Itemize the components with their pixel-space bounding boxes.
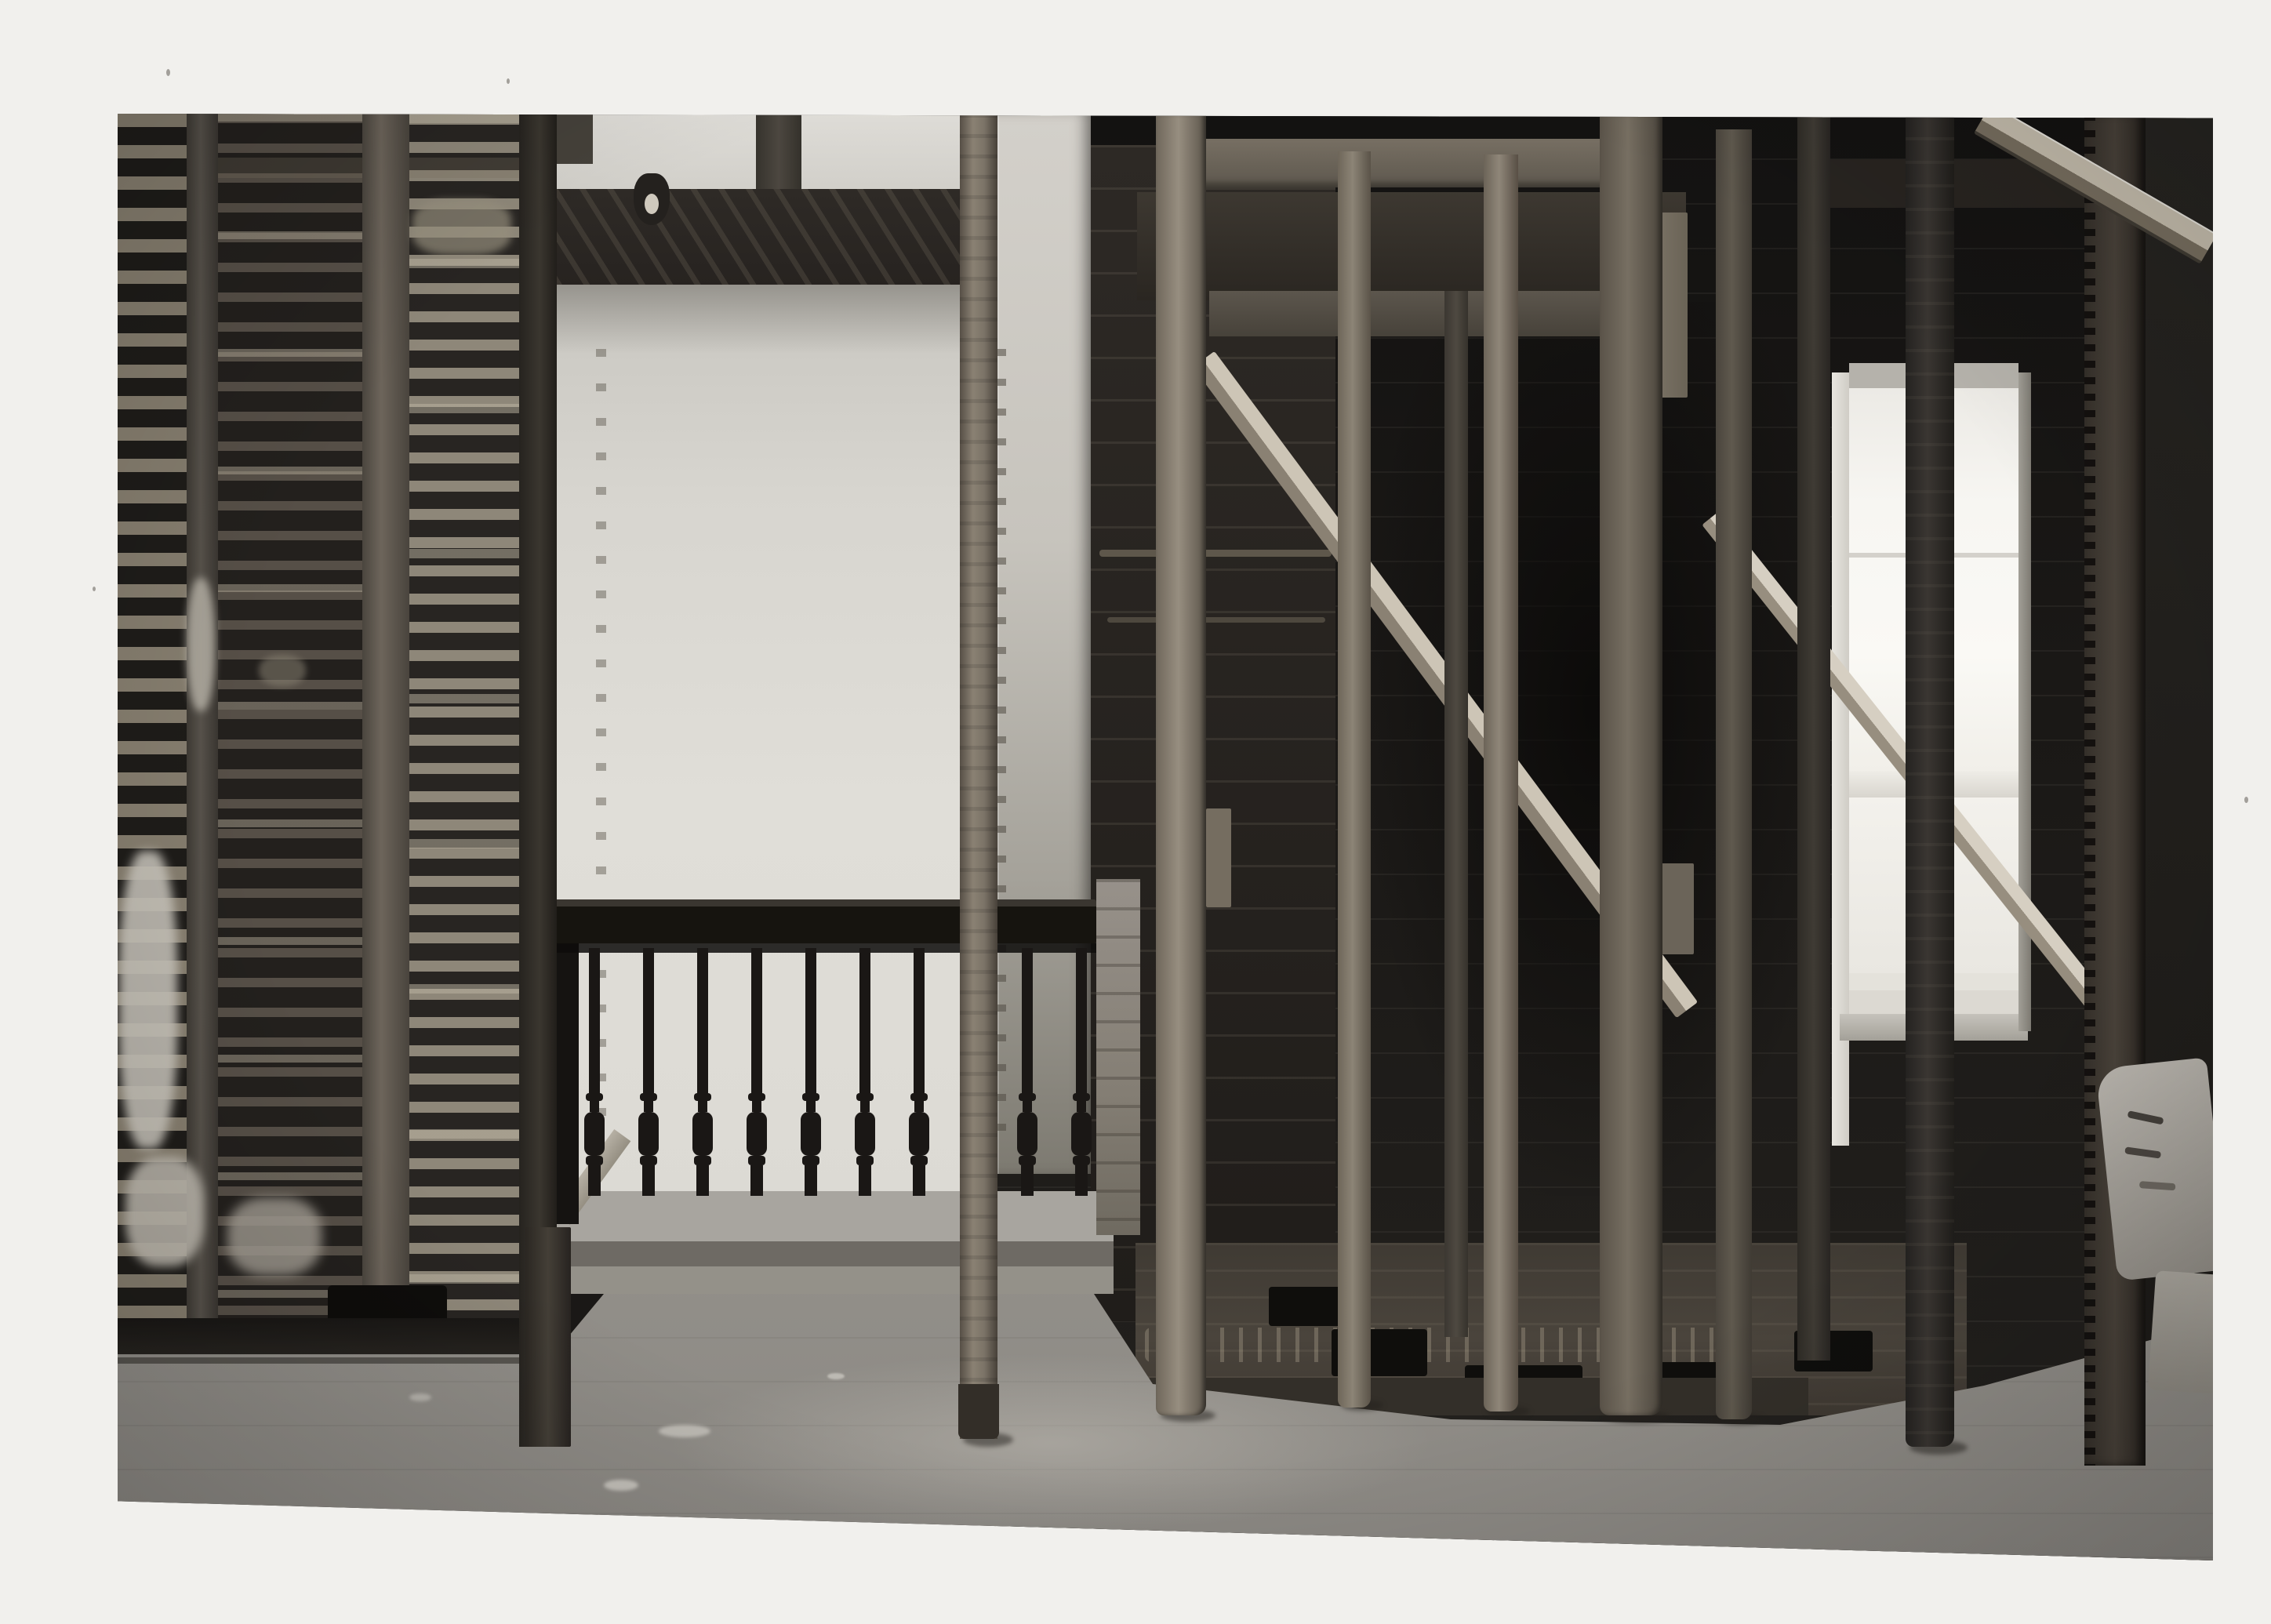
paper-speck [507,78,510,84]
paper-speck [93,587,96,591]
photo [118,114,2213,1560]
photo-vignette [118,114,2213,1560]
paper-speck [166,69,170,76]
photo-print-page [0,0,2271,1624]
paper-speck [2244,797,2248,803]
